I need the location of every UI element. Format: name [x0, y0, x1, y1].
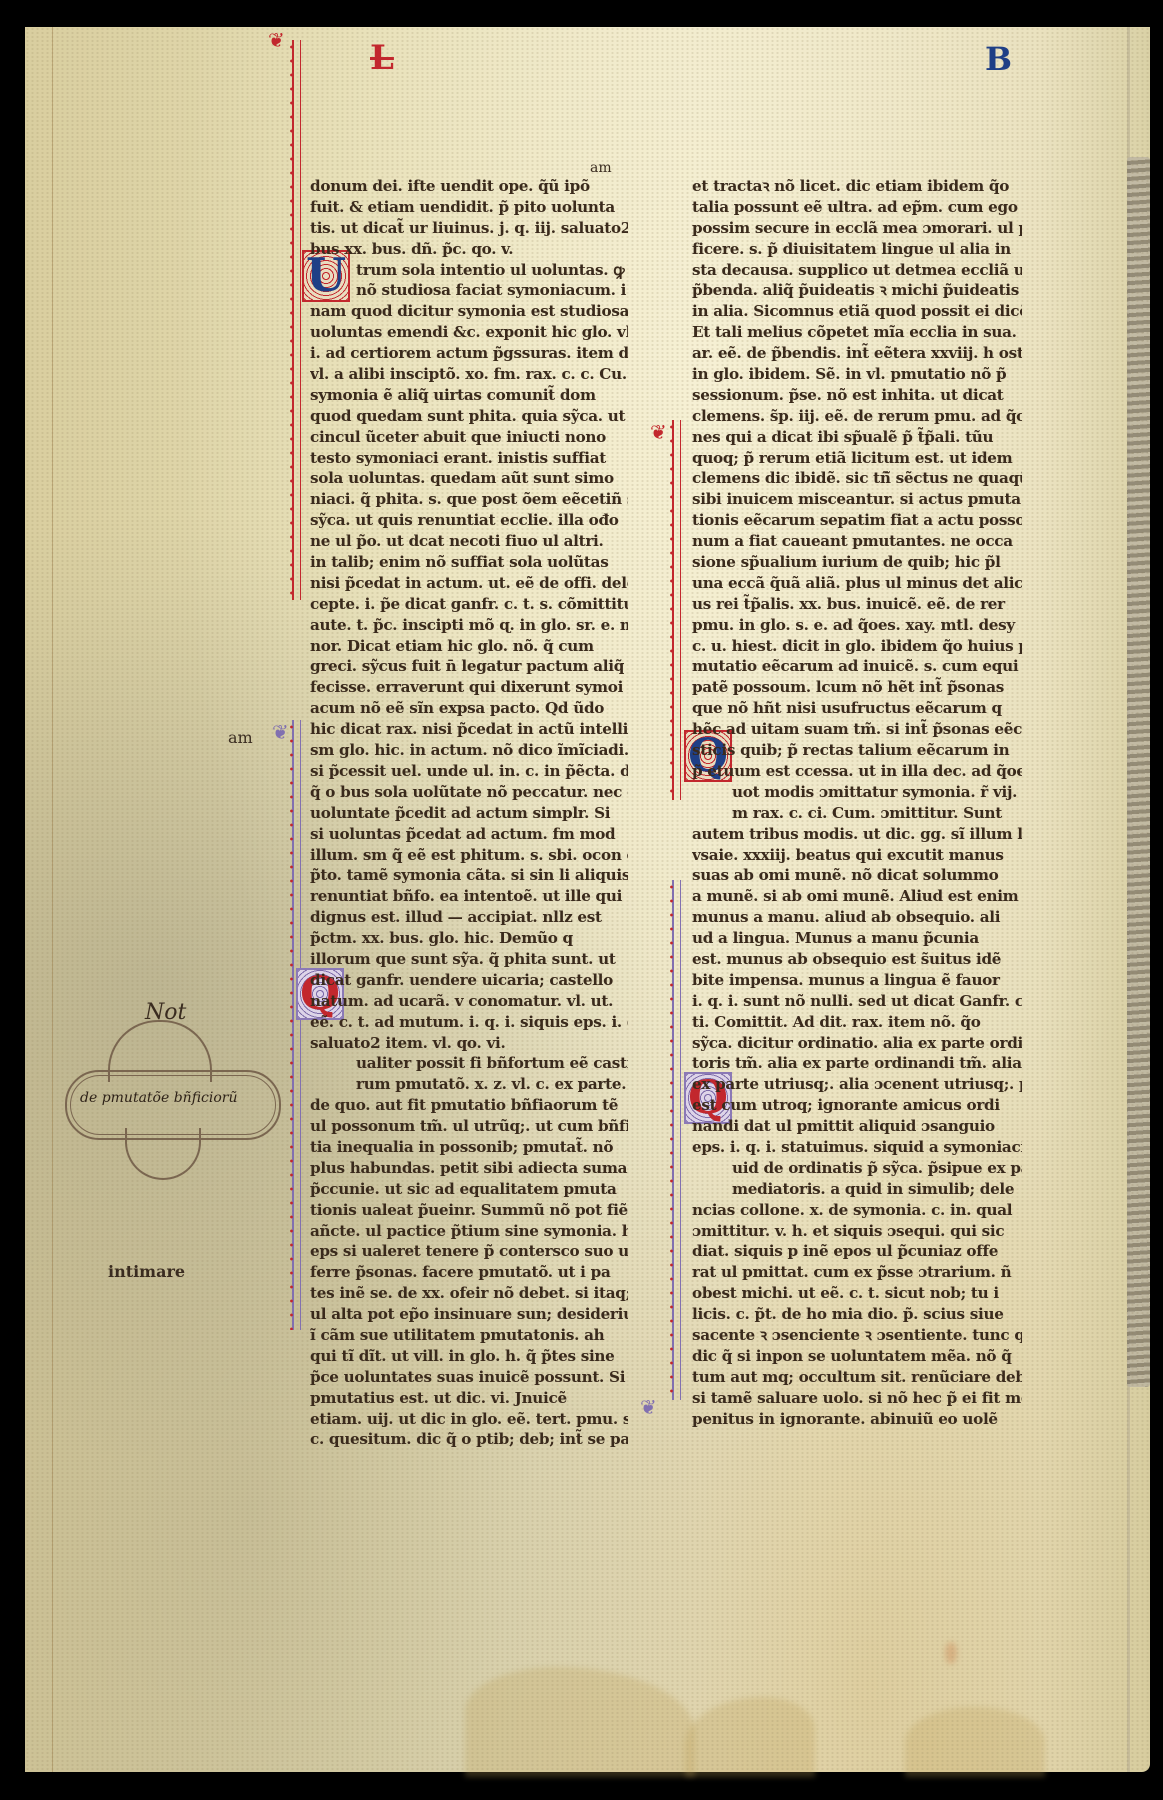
- penwork-border-left-bottom: [292, 720, 301, 1330]
- text-line: a munẽ. si ab omi munẽ. Aliud est enim: [692, 886, 1022, 907]
- text-line: que nõ hñt nisi usufructus eẽcarum q: [692, 698, 1022, 719]
- text-line: si tamẽ saluare uolo. si nõ hec p̃ ei fi…: [692, 1388, 1022, 1409]
- text-line: dic q̃ si inpon se uoluntatem mẽa. nõ q̃: [692, 1346, 1022, 1367]
- text-line: p̃ce uoluntates suas inuicẽ possunt. Si: [310, 1367, 628, 1388]
- cartouche-note: de pmutatõe bñficiorũ: [80, 1090, 270, 1106]
- text-line: quoq; p̃ rerum etiã licitum est. ut idem: [692, 448, 1022, 469]
- text-line: sione sp̃ualium iurium de quib; hic p̃l: [692, 552, 1022, 573]
- text-line: acum nõ eẽ sĩn expsa pacto. Qd ũdo: [310, 698, 628, 719]
- text-line: p̃ccunie. ut sic ad equalitatem pmuta: [310, 1179, 628, 1200]
- text-line: sm glo. hic. in actum. nõ dico ĩmĩciadi.: [310, 740, 628, 761]
- text-line: ncias collone. x. de symonia. c. in. qua…: [692, 1200, 1022, 1221]
- text-line: sticis quib; p̃ rectas talium eẽcarum in: [692, 740, 1022, 761]
- text-line: et tractaꝛ nõ licet. dic etiam ibidem q̃…: [692, 176, 1022, 197]
- text-line: num a fiat caueant pmutantes. ne occa: [692, 531, 1022, 552]
- text-column-right: et tractaꝛ nõ licet. dic etiam ibidem q̃…: [692, 176, 1022, 1429]
- text-line: in talib; enim nõ suffiat sola uolũtas: [310, 552, 628, 573]
- text-line: eps. i. q. i. statuimus. siquid a symoni…: [692, 1137, 1022, 1158]
- penwork-border-right-bottom: [672, 880, 681, 1400]
- penwork-flourish-icon: ❦: [650, 420, 667, 444]
- text-line: sỹca. dicitur ordinatio. alia ex parte o…: [692, 1033, 1022, 1054]
- text-line: sta decausa. supplico ut detmea eccliã u…: [692, 260, 1022, 281]
- text-line: ficere. s. p̃ diuisitatem lingue ul alia…: [692, 239, 1022, 260]
- text-line: de quo. aut fit pmutatio bñfiaorum tẽ: [310, 1095, 628, 1116]
- text-line: ex parte utriusq;. alia ɔcenent utriusq;…: [692, 1074, 1022, 1095]
- text-line: renuntiat bñfo. ea intentoẽ. ut ille qui: [310, 886, 628, 907]
- text-line: cepte. i. p̃e dicat ganfr. c. t. s. cõmi…: [310, 594, 628, 615]
- text-line: nor. Dicat etiam hic glo. nõ. q̃ cum: [310, 636, 628, 657]
- text-line: ti. Comittit. Ad dit. rax. item nõ. q̃o: [692, 1012, 1022, 1033]
- text-line: aute. t. p̃c. inscipti mõ ɋ. in glo. sr.…: [310, 615, 628, 636]
- text-line: sỹca. ut quis renuntiat ecclie. illa ođo: [310, 510, 628, 531]
- text-line: tionis eẽcarum sepatim fiat a actu posso: [692, 510, 1022, 531]
- text-line: ud a lingua. Munus a manu p̃cunia: [692, 928, 1022, 949]
- text-line: obest michi. ut eẽ. c. t. sicut nob; tu …: [692, 1283, 1022, 1304]
- text-line: mediatoris. a quid in simulib; dele: [692, 1179, 1022, 1200]
- text-line: m rax. c. ci. Cum. ɔmittitur. Sunt: [692, 803, 1022, 824]
- text-line: suas ab omi munẽ. nõ dicat solummo: [692, 865, 1022, 886]
- text-line: nandi dat ul pmittit aliquid ɔsanguio: [692, 1116, 1022, 1137]
- text-line: rum pmutatõ. x. z. vl. c. ex parte.: [310, 1074, 628, 1095]
- text-line: etiam. uij. ut dic in glo. eẽ. tert. pmu…: [310, 1409, 628, 1430]
- penwork-border-left-top: [292, 40, 301, 600]
- text-line: p̃benda. aliq̃ p̃uideatis ꝛ michi p̃uide…: [692, 280, 1022, 301]
- text-line: hẽc ad uitam suam tm̃. si int̃ p̃sonas e…: [692, 719, 1022, 740]
- text-line: est cum utroq; ignorante amicus ordi: [692, 1095, 1022, 1116]
- text-line: eps si ualeret tenere p̃ contersco suo u…: [310, 1241, 628, 1262]
- text-line: nõ studiosa faciat symoniacum. i: [310, 280, 628, 301]
- text-line: autem tribus modis. ut dic. gg. sĩ illum…: [692, 824, 1022, 845]
- text-line: niaci. q̃ phita. s. que post õem eẽcetiñ…: [310, 489, 628, 510]
- margin-note-am-top: am: [590, 160, 612, 176]
- text-line: bite impensa. munus a lingua ẽ fauor: [692, 970, 1022, 991]
- facing-page-text-strip: [1127, 157, 1150, 1387]
- text-line: tis. ut dicat̃ ur liuinus. j. q. iij. sa…: [310, 218, 628, 239]
- text-line: fuit. & etiam uendidit. p̃ pito uolunta: [310, 197, 628, 218]
- text-line: c. u. hiest. dicit in glo. ibidem q̃o hu…: [692, 636, 1022, 657]
- text-line: diat. siquis p inẽ epos ul p̃cuniaz offe: [692, 1241, 1022, 1262]
- text-line: testo symoniaci erant. inistis suffiat: [310, 448, 628, 469]
- text-line: penitus in ignorante. abinuiũ eo uolẽ: [692, 1409, 1022, 1430]
- water-stain: [945, 1642, 957, 1664]
- text-line: nam quod dicitur symonia est studiosa: [310, 301, 628, 322]
- penwork-flourish-icon: ❦: [272, 720, 289, 744]
- text-line: q̃ o bus sola uolũtate nõ peccatur. nec …: [310, 782, 628, 803]
- text-line: i. q. i. sunt nõ nulli. sed ut dicat Gan…: [692, 991, 1022, 1012]
- text-line: ualiter possit fi bñfortum eẽ castico: [310, 1053, 628, 1074]
- text-line: uoluntas emendi &c. exponit hic glo. vl.: [310, 322, 628, 343]
- text-line: ĩ cãm sue utilitatem pmutatonis. ah: [310, 1325, 628, 1346]
- text-line: dicat ganfr. uendere uicaria; castello: [310, 970, 628, 991]
- text-line: mutatio eẽcarum ad inuicẽ. s. cum equi: [692, 656, 1022, 677]
- text-line: patẽ possoum. lcum nõ hẽt int̃ p̃sonas: [692, 677, 1022, 698]
- water-stain: [905, 1707, 1045, 1777]
- text-line: hic dicat rax. nisi p̃cedat in actũ inte…: [310, 719, 628, 740]
- text-line: tes inẽ se. de xx. ofeir nõ debet. si it…: [310, 1283, 628, 1304]
- text-line: cincul ũceter abuit que iniucti nono: [310, 427, 628, 448]
- text-line: ne ul p̃o. ut dcat necoti fiuo ul altri.: [310, 531, 628, 552]
- running-head-right: B: [985, 40, 1012, 78]
- text-line: uot modis ɔmittatur symonia. r̃ vij.: [692, 782, 1022, 803]
- text-line: toris tm̃. alia ex parte ordinandi tm̃. …: [692, 1053, 1022, 1074]
- text-line: si uoluntas p̃cedat ad actum. fm mod: [310, 824, 628, 845]
- text-line: illorum que sunt sỹa. q̃ phita sunt. ut: [310, 949, 628, 970]
- margin-note-intimare: intimare: [108, 1262, 185, 1281]
- text-line: symonia ẽ aliq̃ uirtas comunit̃ dom: [310, 385, 628, 406]
- text-line: greci. sỹcus fuit n̄ legatur pactum aliq…: [310, 656, 628, 677]
- ruling-line: [52, 27, 53, 1772]
- text-line: clemens dic ibidẽ. sic tñ̃ sẽctus ne qua…: [692, 468, 1022, 489]
- text-line: donum dei. ifte uendit ope. q̃ũ ipõ: [310, 176, 628, 197]
- text-line: tia inequalia in possonib; pmutat̃. nõ: [310, 1137, 628, 1158]
- text-line: nisi p̃cedat in actum. ut. eẽ de offi. d…: [310, 573, 628, 594]
- text-line: in glo. ibidem. Sẽ. in vl. pmutatio nõ p…: [692, 364, 1022, 385]
- text-line: tionis ualeat p̃ueinr. Summũ nõ pot fiẽ: [310, 1200, 628, 1221]
- text-line: us rei t̃p̃alis. xx. bus. inuicẽ. eẽ. de…: [692, 594, 1022, 615]
- text-line: si p̃cessit uel. unde ul. in. c. in p̃ẽc…: [310, 761, 628, 782]
- text-line: pmutatius est. ut dic. vi. Jnuicẽ: [310, 1388, 628, 1409]
- text-line: rat ul pmittat. cum ex p̃sse ɔtrarium. ñ: [692, 1262, 1022, 1283]
- text-line: munus a manu. aliud ab obsequio. ali: [692, 907, 1022, 928]
- text-line: i. ad certiorem actum p̃gssuras. item di…: [310, 343, 628, 364]
- text-line: sessionum. p̃se. nõ est inhita. ut dicat: [692, 385, 1022, 406]
- text-line: dignus est. illud — accipiat. nllz est: [310, 907, 628, 928]
- text-line: trum sola intentio ul uoluntas. ꝙ: [310, 260, 628, 281]
- text-line: natum. ad ucarã. v conomatur. vl. ut.: [310, 991, 628, 1012]
- text-line: ul alta pot ep̃o insinuare sun; desideri…: [310, 1304, 628, 1325]
- text-line: ɔmittitur. v. h. et siquis ɔsequi. qui s…: [692, 1221, 1022, 1242]
- water-stain: [685, 1697, 815, 1777]
- penwork-flourish-icon: ❦: [640, 1395, 657, 1419]
- text-line: pmu. in glo. s. e. ad q̃oes. xay. mtl. d…: [692, 615, 1022, 636]
- penwork-flourish-icon: ❦: [268, 28, 285, 52]
- text-column-left: donum dei. ifte uendit ope. q̃ũ ipõ fuit…: [310, 176, 628, 1450]
- running-head-left: L: [370, 38, 394, 78]
- text-line: plus habundas. petit sibi adiecta suma: [310, 1158, 628, 1179]
- text-line: c. quesitum. dic q̃ o ptib; deb; int̃ se…: [310, 1429, 628, 1450]
- text-line: eẽ. c. t. ad mutum. i. q. i. siquis eps.…: [310, 1012, 628, 1033]
- text-line: vl. a alibi insciptõ. xo. fm. rax. c. c.…: [310, 364, 628, 385]
- text-line: ul possonum tm̃. ul utrũq;. ut cum bñfi: [310, 1116, 628, 1137]
- text-line: p̃ etuum est ccessa. ut in illa dec. ad …: [692, 761, 1022, 782]
- text-line: vsaie. xxxiij. beatus qui excutit manus: [692, 845, 1022, 866]
- text-line: illum. sm q̃ eẽ est phitum. s. sbi. ocon…: [310, 845, 628, 866]
- text-line: licis. c. p̃t. de ho mia dio. p̃. scius …: [692, 1304, 1022, 1325]
- text-line: in alia. Sicomnus etiã quod possit ei di…: [692, 301, 1022, 322]
- text-line: sola uoluntas. quedam aũt sunt simo: [310, 468, 628, 489]
- water-stain: [465, 1667, 695, 1777]
- text-line: uid de ordinatis p̃ sỹca. p̃sipue ex par…: [692, 1158, 1022, 1179]
- text-line: tum aut mq; occultum sit. renũciare debe…: [692, 1367, 1022, 1388]
- text-line: uoluntate p̃cedit ad actum simplr. Si: [310, 803, 628, 824]
- text-line: clemens. s̃p. iij. eẽ. de rerum pmu. ad …: [692, 406, 1022, 427]
- text-line: saluato2 item. vl. qo. vi.: [310, 1033, 628, 1054]
- text-line: est. munus ab obsequio est s̃uitus idẽ: [692, 949, 1022, 970]
- text-line: ferre p̃sonas. facere pmutatõ. ut i pa: [310, 1262, 628, 1283]
- text-line: quod quedam sunt phita. quia sỹca. ut: [310, 406, 628, 427]
- text-line: p̃to. tamẽ symonia cãta. si sin li aliqu…: [310, 865, 628, 886]
- text-line: Et tali melius cõpetet mĩa ecclia in sua…: [692, 322, 1022, 343]
- text-line: nes qui a dicat ibi sp̃ualẽ p̃ t̃p̃ali. …: [692, 427, 1022, 448]
- text-line: qui tĩ dĩt. ut vill. in glo. h. q̃ p̃tes…: [310, 1346, 628, 1367]
- text-line: p̃ctm. xx. bus. glo. hic. Demũo q: [310, 928, 628, 949]
- penwork-border-right-top: [672, 420, 681, 800]
- text-line: ar. eẽ. de p̃bendis. int̃ eẽtera xxviij.…: [692, 343, 1022, 364]
- text-line: una eccã q̃uã aliã. plus ul minus det al…: [692, 573, 1022, 594]
- margin-note-am: am: [228, 728, 253, 747]
- text-line: fecisse. erraverunt qui dixerunt symoi: [310, 677, 628, 698]
- text-line: sibi inuicem misceantur. si actus pmuta: [692, 489, 1022, 510]
- text-line: sacente ꝛ ɔsenciente ꝛ ɔsentiente. tunc …: [692, 1325, 1022, 1346]
- text-line: talia possunt eẽ ultra. ad ep̃m. cum ego…: [692, 197, 1022, 218]
- text-line: possim secure in ecclã mea ɔmorari. ul p: [692, 218, 1022, 239]
- text-line: bus xx. bus. dñ. p̃c. qo. v.: [310, 239, 628, 260]
- text-line: añcte. ul pactice p̃tium sine symonia. h: [310, 1221, 628, 1242]
